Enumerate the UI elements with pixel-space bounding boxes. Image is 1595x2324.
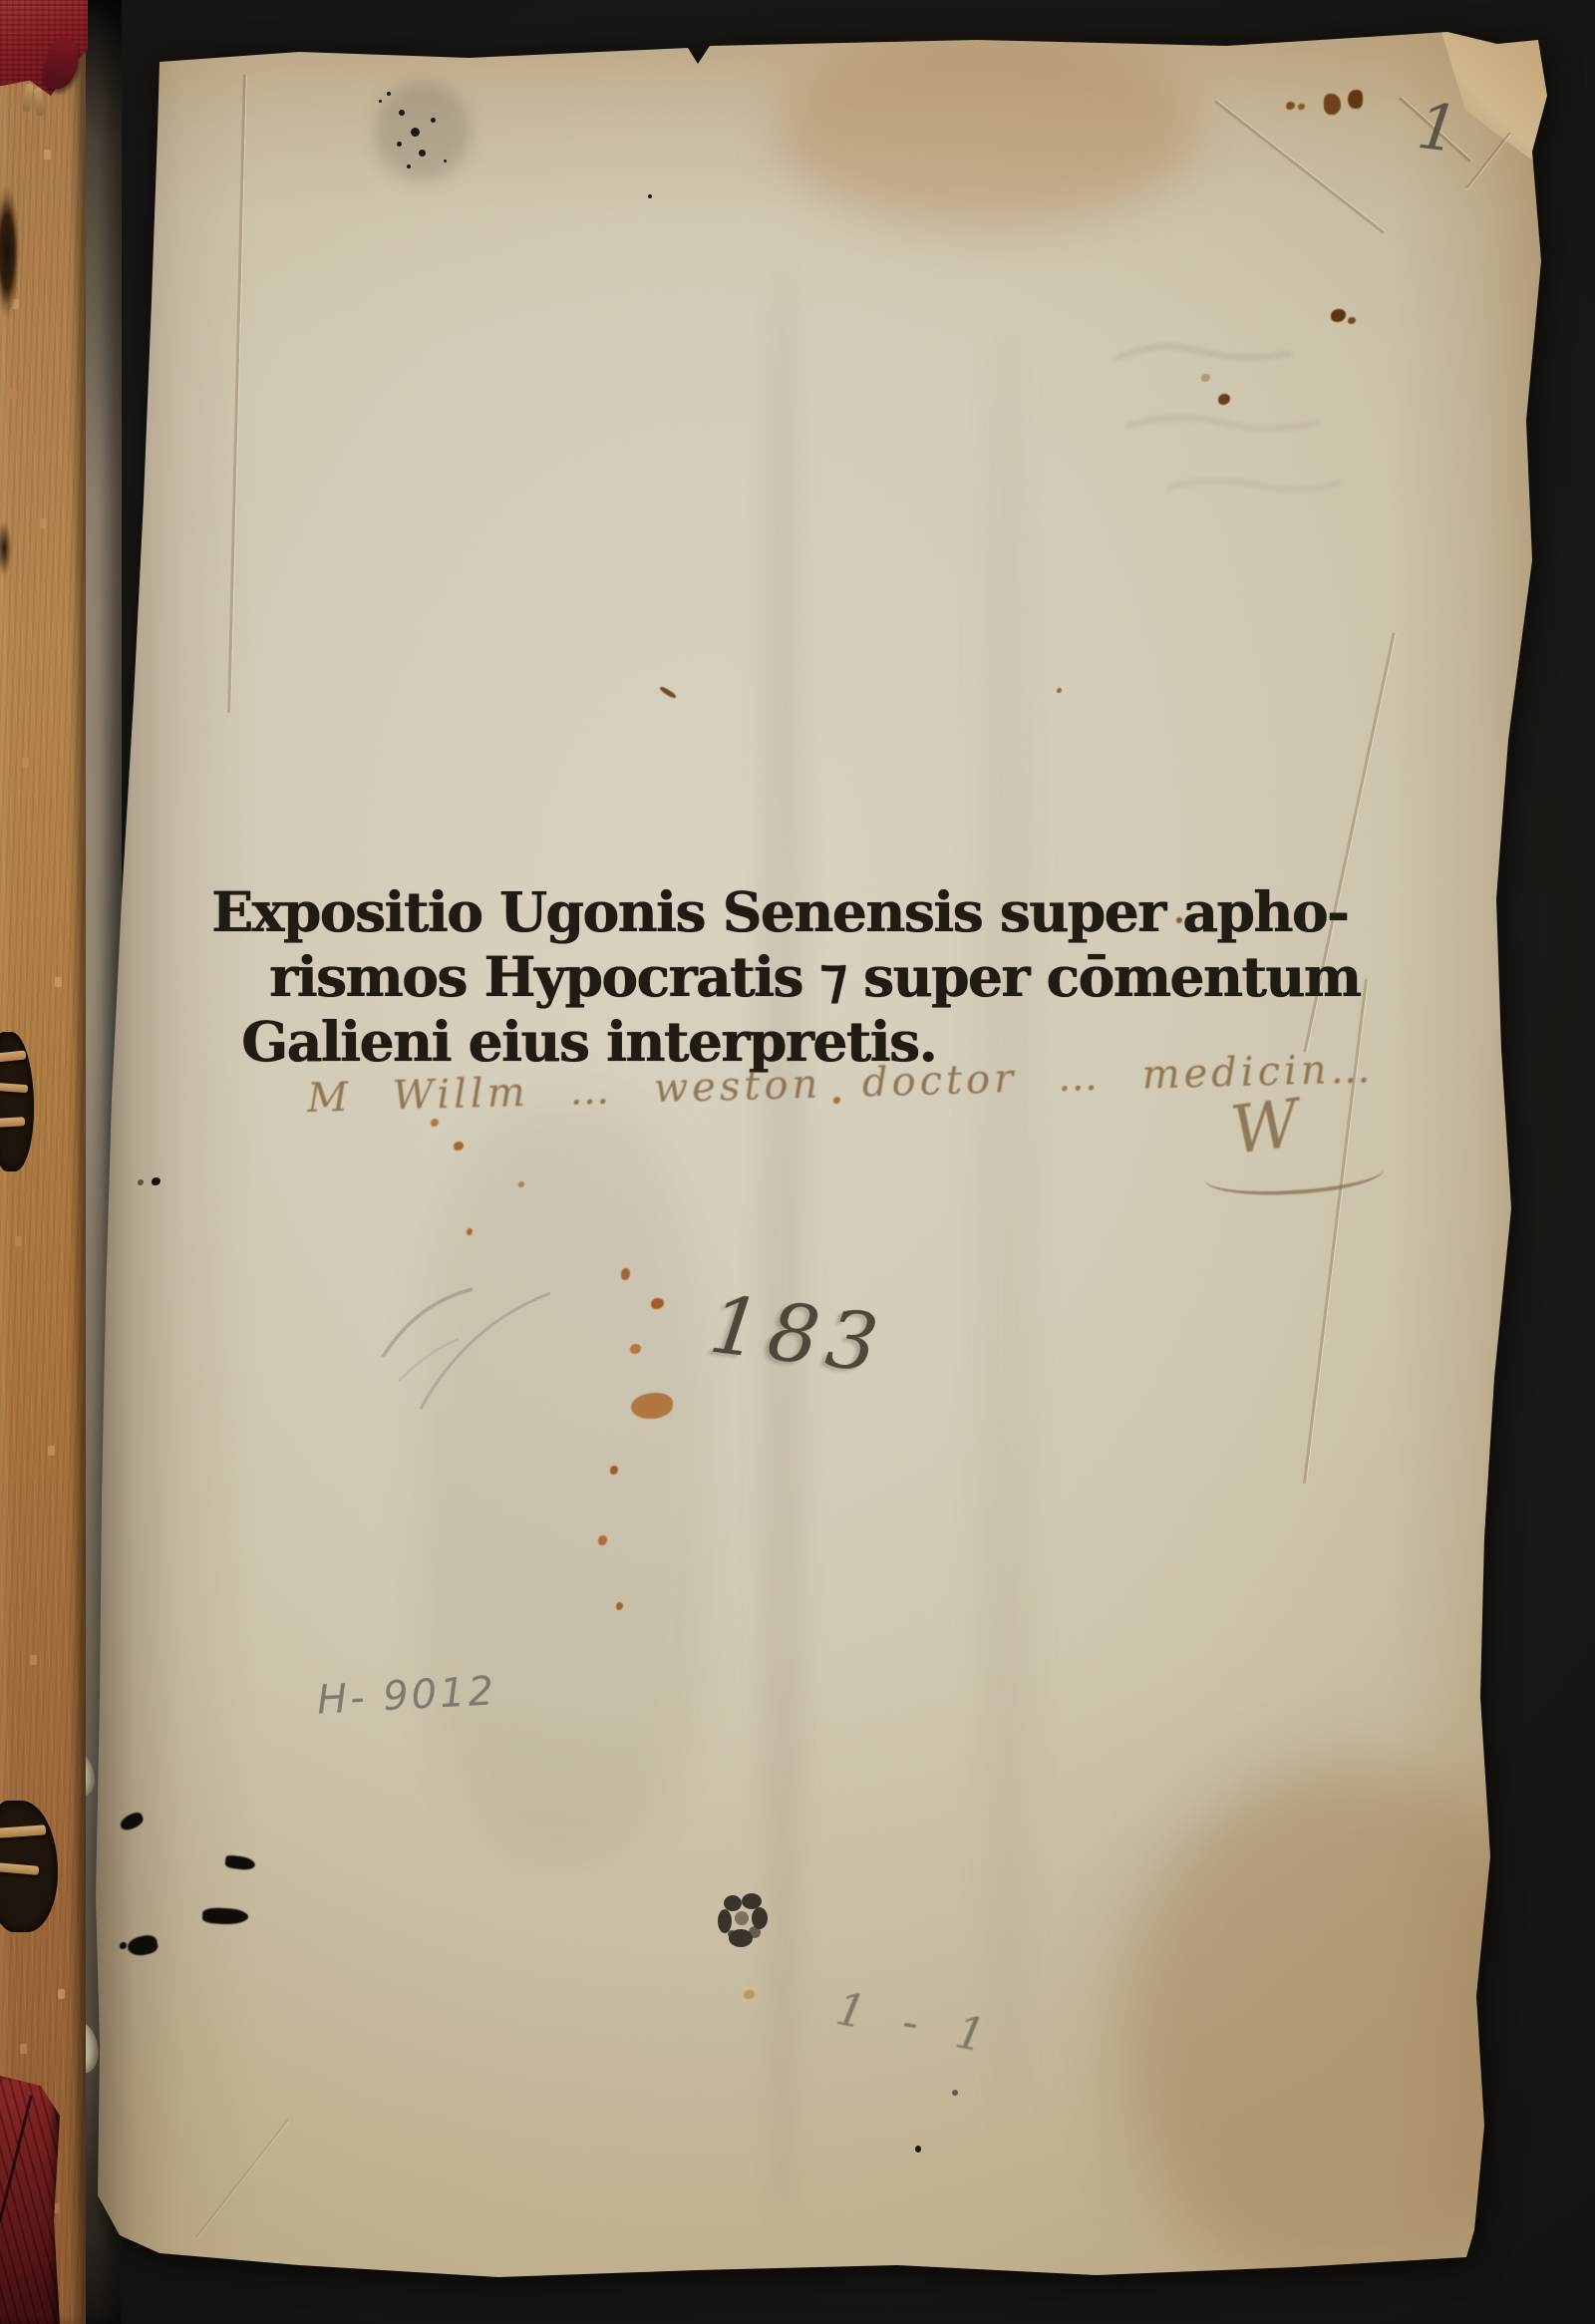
ink-spot <box>1348 90 1363 109</box>
stain-fleck <box>1218 394 1230 405</box>
title-line-1: Expositio Ugonis Senensis super apho- <box>211 879 1360 944</box>
rust-spot <box>454 1142 464 1151</box>
rust-spot <box>744 1990 755 1999</box>
ink-speck <box>444 160 447 163</box>
ghost-handwriting <box>967 299 1426 538</box>
crease <box>227 75 246 713</box>
printed-title: Expositio Ugonis Senensis super apho- ri… <box>211 879 1360 1074</box>
ink-speck <box>915 2146 921 2153</box>
photograph-canvas: Expositio Ugonis Senensis super apho- ri… <box>0 0 1595 2324</box>
smudge-halo <box>375 82 471 181</box>
faint-pencil-marks: 1 - 1 <box>831 1981 1002 2065</box>
ink-speck <box>407 165 411 168</box>
ink-blot <box>224 1854 255 1871</box>
ink-blot <box>118 1811 146 1833</box>
corner-crease <box>1466 133 1511 188</box>
ink-blot <box>126 1933 159 1958</box>
ink-speck <box>379 100 382 103</box>
pencil-number: 183 <box>705 1278 891 1392</box>
top-stain-blob <box>778 30 1196 229</box>
ink-speck <box>648 194 652 198</box>
center-fold <box>977 329 1037 2124</box>
bottom-right-stain <box>1121 1763 1580 2301</box>
wormhole <box>152 1177 160 1185</box>
inscription-swash <box>1203 1147 1386 1202</box>
ink-speck <box>399 110 405 116</box>
folio-number: 1 <box>1414 90 1462 167</box>
ink-speck <box>387 92 391 96</box>
stain-fleck <box>1057 688 1062 693</box>
wood-knot <box>0 184 20 319</box>
stain-fleck <box>1201 374 1210 382</box>
stain-fleck <box>1331 309 1346 322</box>
hain-reference: H- 9012 <box>316 1668 497 1723</box>
wormhole <box>138 1179 144 1185</box>
ink-spot <box>1286 102 1295 110</box>
ink-spot <box>1298 104 1305 110</box>
crease <box>195 2119 289 2237</box>
sewing-hole <box>0 1032 34 1171</box>
ink-speck <box>411 128 420 137</box>
ink-blot <box>120 1942 127 1949</box>
crease <box>1214 100 1385 234</box>
stain-twig <box>659 686 677 700</box>
stain-fleck <box>1348 317 1356 324</box>
rust-spot <box>431 1119 439 1127</box>
book-page: Expositio Ugonis Senensis super apho- ri… <box>90 30 1550 2281</box>
title-line-2: rismos Hypocratis ⁊ super cōmentum <box>211 944 1360 1009</box>
ink-speck <box>952 2090 958 2096</box>
ink-stamp <box>712 1890 776 1956</box>
ink-spot <box>1324 94 1341 115</box>
soft-shading <box>419 1107 708 1864</box>
sewing-hole <box>0 1801 58 1932</box>
ink-speck <box>431 118 436 123</box>
ink-speck <box>397 142 402 147</box>
wood-notch <box>0 520 12 576</box>
wooden-spine <box>0 0 86 2324</box>
ink-blot <box>202 1907 249 1925</box>
ink-speck <box>419 150 426 157</box>
red-leather-tail <box>0 2076 60 2324</box>
